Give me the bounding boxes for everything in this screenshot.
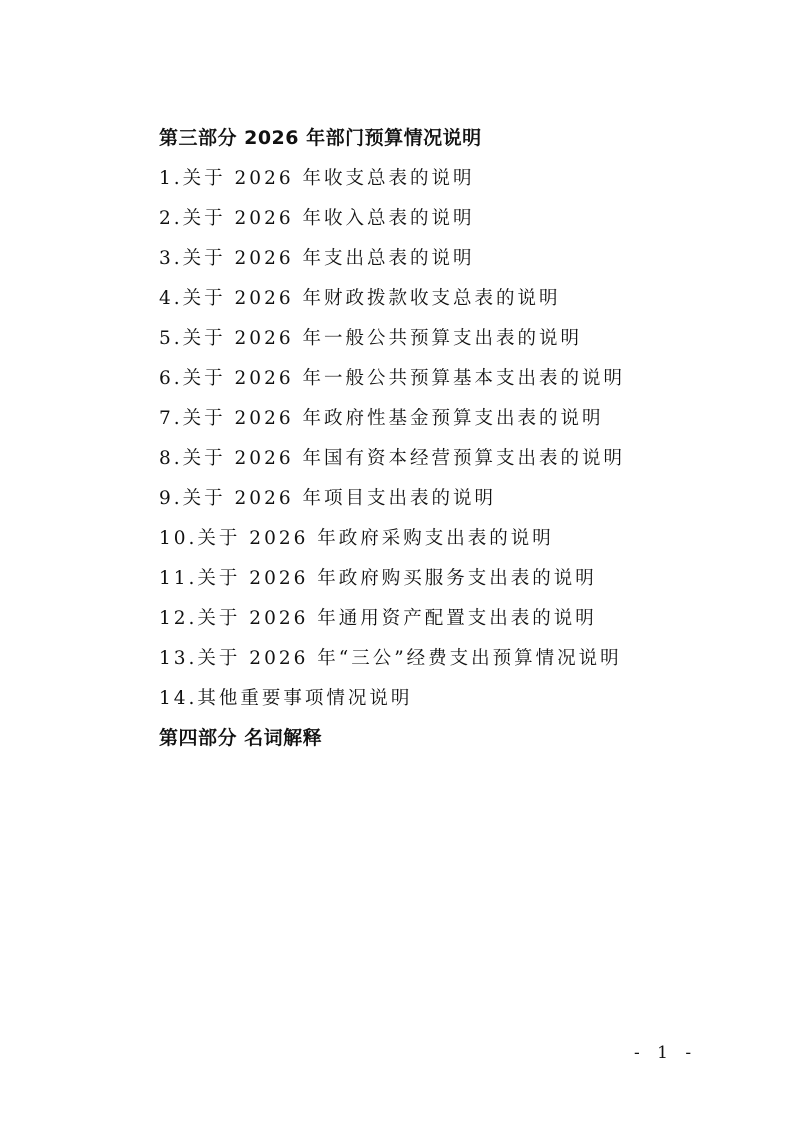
toc-item-11: 11.关于 2026 年政府购买服务支出表的说明 — [159, 567, 597, 591]
toc-item-13: 13.关于 2026 年“三公”经费支出预算情况说明 — [159, 647, 622, 671]
toc-item-6: 6.关于 2026 年一般公共预算基本支出表的说明 — [159, 367, 625, 391]
page-number: - 1 - — [634, 1043, 697, 1063]
toc-item-8: 8.关于 2026 年国有资本经营预算支出表的说明 — [159, 447, 625, 471]
toc-item-7: 7.关于 2026 年政府性基金预算支出表的说明 — [159, 407, 604, 431]
toc-item-2: 2.关于 2026 年收入总表的说明 — [159, 207, 475, 231]
toc-item-14: 14.其他重要事项情况说明 — [159, 687, 412, 711]
toc-item-10: 10.关于 2026 年政府采购支出表的说明 — [159, 527, 554, 551]
toc-item-12: 12.关于 2026 年通用资产配置支出表的说明 — [159, 607, 597, 631]
toc-item-4: 4.关于 2026 年财政拨款收支总表的说明 — [159, 287, 561, 311]
part4-heading: 第四部分 名词解释 — [159, 726, 322, 750]
toc-item-3: 3.关于 2026 年支出总表的说明 — [159, 247, 475, 271]
part3-heading: 第三部分 2026 年部门预算情况说明 — [159, 126, 482, 150]
toc-item-9: 9.关于 2026 年项目支出表的说明 — [159, 487, 496, 511]
toc-item-1: 1.关于 2026 年收支总表的说明 — [159, 167, 475, 191]
toc-item-5: 5.关于 2026 年一般公共预算支出表的说明 — [159, 327, 582, 351]
